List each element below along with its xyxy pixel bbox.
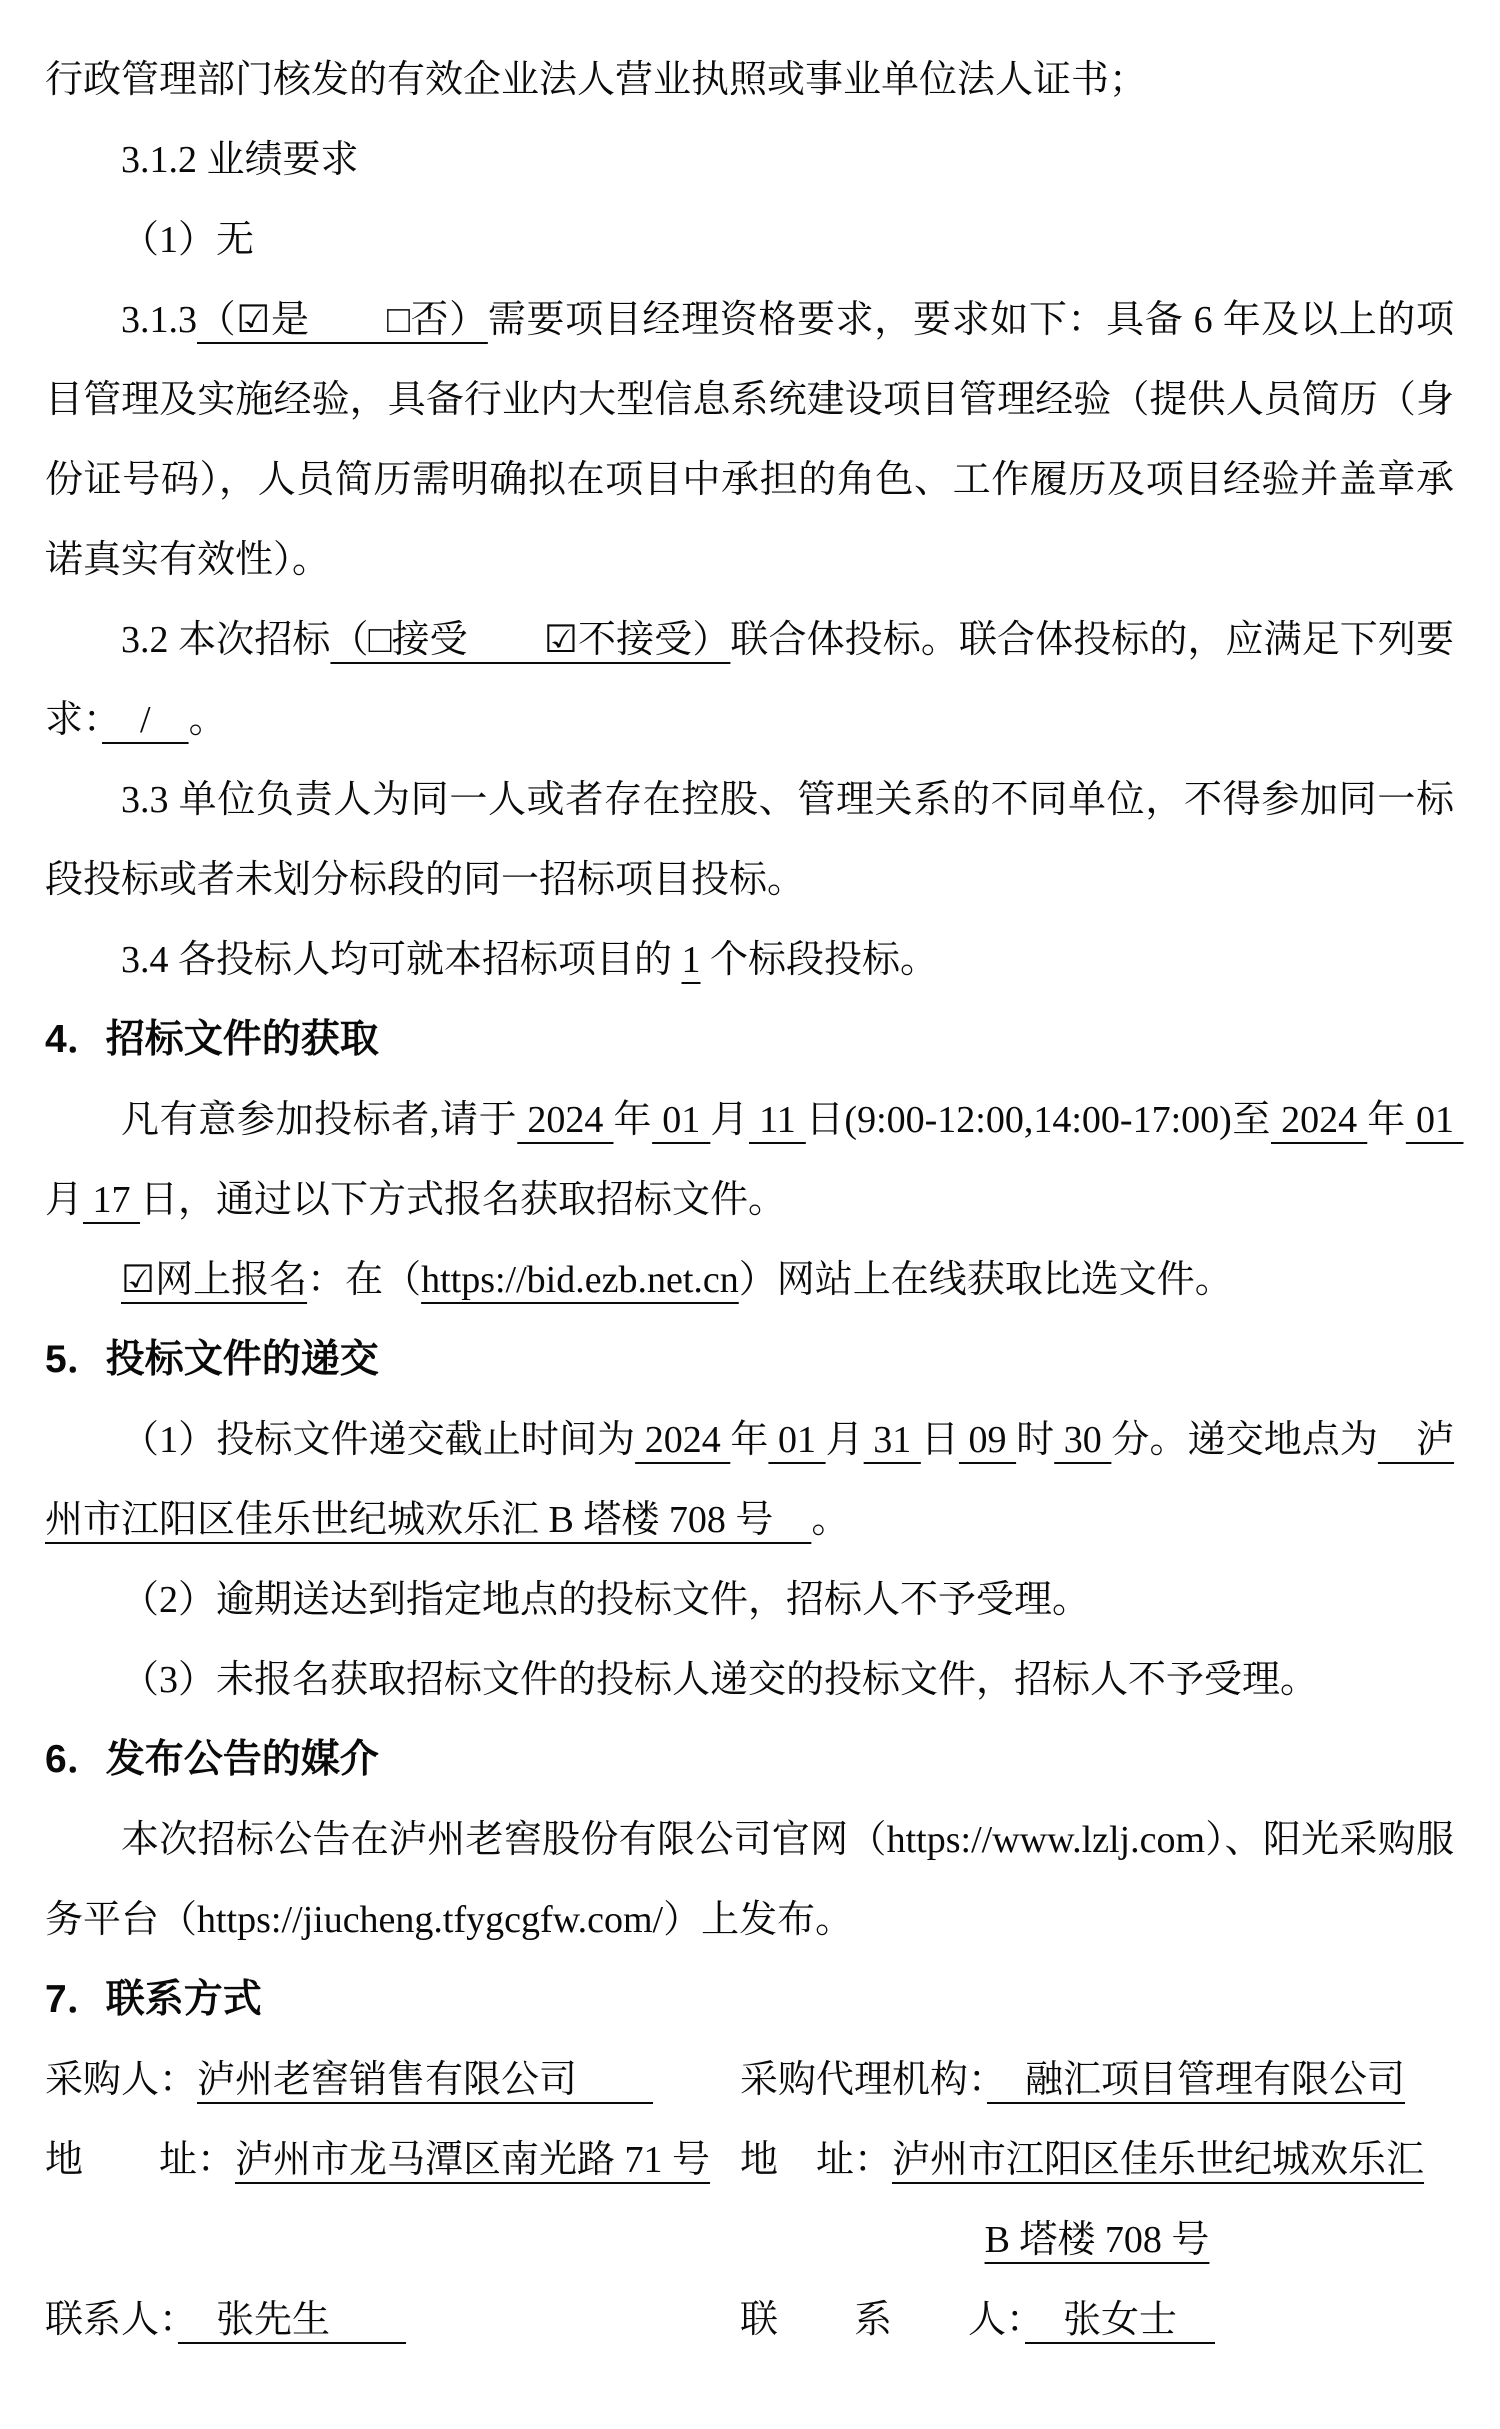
section-32-paragraph: 3.2 本次招标（□接受 ☑不接受）联合体投标。联合体投标的，应满足下列要求： … bbox=[45, 600, 1454, 760]
section-7-heading: 7．联系方式 bbox=[45, 1960, 1454, 2040]
section-34-lead: 3.4 各投标人均可就本招标项目的 bbox=[121, 939, 682, 981]
section-32-lead: 3.2 本次招标 bbox=[121, 619, 330, 661]
section-313-choice-checkboxes: （☑是 □否） bbox=[197, 299, 488, 341]
agent-contact-name: 张女士 bbox=[1025, 2299, 1215, 2341]
agent-contact-label: 联 系 人： bbox=[740, 2299, 1025, 2341]
section-33-paragraph: 3.3 单位负责人为同一人或者存在控股、管理关系的不同单位，不得参加同一标段投标… bbox=[45, 760, 1454, 920]
buyer-contact-name: 张先生 bbox=[178, 2299, 406, 2341]
deadline-day: 31 bbox=[864, 1419, 921, 1461]
s5p1-month-unit: 月 bbox=[826, 1419, 864, 1461]
contact-row-names: 采购人：泸州老窖销售有限公司 采购代理机构： 融汇项目管理有限公司 bbox=[45, 2040, 1454, 2120]
section-313-number: 3.1.3 bbox=[121, 299, 197, 341]
agent-address-cell: 地 址：泸州市江阳区佳乐世纪城欢乐汇 bbox=[740, 2120, 1454, 2200]
contact-row-persons: 联系人： 张先生 联 系 人： 张女士 bbox=[45, 2280, 1454, 2360]
s4p1-tail: 日，通过以下方式报名获取招标文件。 bbox=[140, 1179, 786, 1221]
s4p1-month-unit-2: 月 bbox=[45, 1179, 83, 1221]
section-312-item-text: （1）无 bbox=[121, 219, 254, 261]
s4p1-end-month: 01 bbox=[1406, 1099, 1464, 1141]
buyer-address-cell: 地 址：泸州市龙马潭区南光路 71 号 bbox=[45, 2120, 740, 2200]
section-6-heading-text: 6．发布公告的媒介 bbox=[45, 1738, 379, 1781]
agent-name: 融汇项目管理有限公司 bbox=[987, 2059, 1405, 2101]
section-33-text: 3.3 单位负责人为同一人或者存在控股、管理关系的不同单位，不得参加同一标段投标… bbox=[45, 779, 1454, 901]
section-6-paragraph-1: 本次招标公告在泸州老窖股份有限公司官网（https://www.lzlj.com… bbox=[45, 1800, 1454, 1960]
s5p1-end: 。 bbox=[811, 1499, 849, 1541]
buyer-address: 泸州市龙马潭区南光路 71 号 bbox=[235, 2139, 710, 2181]
section-32-end: 。 bbox=[189, 699, 227, 741]
buyer-name-cell: 采购人：泸州老窖销售有限公司 bbox=[45, 2040, 740, 2120]
agent-name-cell: 采购代理机构： 融汇项目管理有限公司 bbox=[740, 2040, 1454, 2120]
deadline-minute: 30 bbox=[1054, 1419, 1111, 1461]
empty-cell bbox=[45, 2200, 740, 2280]
s4p1-year-unit: 年 bbox=[614, 1099, 653, 1141]
s5p1-year-unit: 年 bbox=[730, 1419, 768, 1461]
s4p1-month-unit: 月 bbox=[710, 1099, 749, 1141]
s5p1-hour-unit: 时 bbox=[1016, 1419, 1054, 1461]
s4p1-lead: 凡有意参加投标者,请于 bbox=[121, 1099, 517, 1141]
s5p3-text: （3）未报名获取招标文件的投标人递交的投标文件，招标人不予受理。 bbox=[121, 1659, 1318, 1701]
agent-address-line1: 泸州市江阳区佳乐世纪城欢乐汇 bbox=[892, 2139, 1424, 2181]
deadline-month: 01 bbox=[768, 1419, 825, 1461]
buyer-address-label: 地 址： bbox=[45, 2139, 235, 2181]
contact-row-addresses: 地 址：泸州市龙马潭区南光路 71 号 地 址：泸州市江阳区佳乐世纪城欢乐汇 bbox=[45, 2120, 1454, 2200]
s4p1-end-day: 17 bbox=[83, 1179, 140, 1221]
s4p1-hours: 日(9:00-12:00,14:00-17:00)至 bbox=[806, 1099, 1271, 1141]
section-5-paragraph-3: （3）未报名获取招标文件的投标人递交的投标文件，招标人不予受理。 bbox=[45, 1640, 1454, 1720]
s4p1-year-unit-2: 年 bbox=[1367, 1099, 1406, 1141]
deadline-hour: 09 bbox=[959, 1419, 1016, 1461]
section-5-paragraph-1: （1）投标文件递交截止时间为 2024 年 01 月 31 日 09 时 30 … bbox=[45, 1400, 1454, 1560]
s4p1-start-day: 11 bbox=[749, 1099, 806, 1141]
section-7-heading-text: 7．联系方式 bbox=[45, 1978, 262, 2021]
s5p1-lead: （1）投标文件递交截止时间为 bbox=[121, 1419, 635, 1461]
deadline-year: 2024 bbox=[635, 1419, 730, 1461]
section-34-end: 个标段投标。 bbox=[701, 939, 939, 981]
section-34-paragraph: 3.4 各投标人均可就本招标项目的 1 个标段投标。 bbox=[45, 920, 1454, 1000]
agent-address-line2: B 塔楼 708 号 bbox=[985, 2219, 1210, 2261]
s4p1-start-year: 2024 bbox=[517, 1099, 613, 1141]
online-signup-checkbox-label: ☑网上报名 bbox=[121, 1259, 307, 1301]
s4p2-mid: ：在（ bbox=[307, 1259, 421, 1301]
announcement-media-text: 本次招标公告在泸州老窖股份有限公司官网（https://www.lzlj.com… bbox=[45, 1819, 1454, 1941]
section-5-heading-text: 5．投标文件的递交 bbox=[45, 1338, 379, 1381]
signup-url: https://bid.ezb.net.cn bbox=[421, 1259, 739, 1301]
s4p2-tail: ）网站上在线获取比选文件。 bbox=[739, 1259, 1233, 1301]
agent-label: 采购代理机构： bbox=[740, 2059, 987, 2101]
section-312-text: 3.1.2 业绩要求 bbox=[121, 139, 359, 181]
section-313-text: 需要项目经理资格要求，要求如下：具备 6 年及以上的项目管理及实施经验，具备行业… bbox=[45, 299, 1454, 581]
s4p1-start-month: 01 bbox=[652, 1099, 710, 1141]
section-32-choice-checkboxes: （□接受 ☑不接受） bbox=[330, 619, 730, 661]
agent-address-continuation-cell: B 塔楼 708 号 bbox=[740, 2200, 1454, 2280]
buyer-contact-label: 联系人： bbox=[45, 2299, 178, 2341]
s4p1-end-year: 2024 bbox=[1271, 1099, 1367, 1141]
buyer-name: 泸州老窖销售有限公司 bbox=[197, 2059, 653, 2101]
section-4-heading: 4．招标文件的获取 bbox=[45, 1000, 1454, 1080]
s5p2-text: （2）逾期送达到指定地点的投标文件，招标人不予受理。 bbox=[121, 1579, 1090, 1621]
section-6-heading: 6．发布公告的媒介 bbox=[45, 1720, 1454, 1800]
section-5-paragraph-2: （2）逾期送达到指定地点的投标文件，招标人不予受理。 bbox=[45, 1560, 1454, 1640]
section-32-blank-slash: / bbox=[102, 699, 189, 741]
s5p1-mid: 分。递交地点为 bbox=[1111, 1419, 1378, 1461]
section-34-lot-count: 1 bbox=[682, 939, 701, 981]
buyer-label: 采购人： bbox=[45, 2059, 197, 2101]
agent-address-label: 地 址： bbox=[740, 2139, 892, 2181]
contact-row-address-continuation: B 塔楼 708 号 bbox=[45, 2200, 1454, 2280]
section-4-paragraph-1: 凡有意参加投标者,请于 2024 年 01 月 11 日(9:00-12:00,… bbox=[45, 1080, 1454, 1240]
section-4-paragraph-2: ☑网上报名：在（https://bid.ezb.net.cn）网站上在线获取比选… bbox=[45, 1240, 1454, 1320]
buyer-contact-cell: 联系人： 张先生 bbox=[45, 2280, 740, 2360]
section-4-heading-text: 4．招标文件的获取 bbox=[45, 1018, 379, 1061]
s5p1-day-unit: 日 bbox=[921, 1419, 959, 1461]
continuation-line: 行政管理部门核发的有效企业法人营业执照或事业单位法人证书； bbox=[45, 40, 1454, 120]
agent-contact-cell: 联 系 人： 张女士 bbox=[740, 2280, 1454, 2360]
tender-document-page: 行政管理部门核发的有效企业法人营业执照或事业单位法人证书； 3.1.2 业绩要求… bbox=[0, 0, 1500, 2429]
section-5-heading: 5．投标文件的递交 bbox=[45, 1320, 1454, 1400]
section-312-heading: 3.1.2 业绩要求 bbox=[45, 120, 1454, 200]
section-312-item: （1）无 bbox=[45, 200, 1454, 280]
section-313-paragraph: 3.1.3（☑是 □否）需要项目经理资格要求，要求如下：具备 6 年及以上的项目… bbox=[45, 280, 1454, 600]
continuation-text: 行政管理部门核发的有效企业法人营业执照或事业单位法人证书； bbox=[45, 59, 1147, 101]
